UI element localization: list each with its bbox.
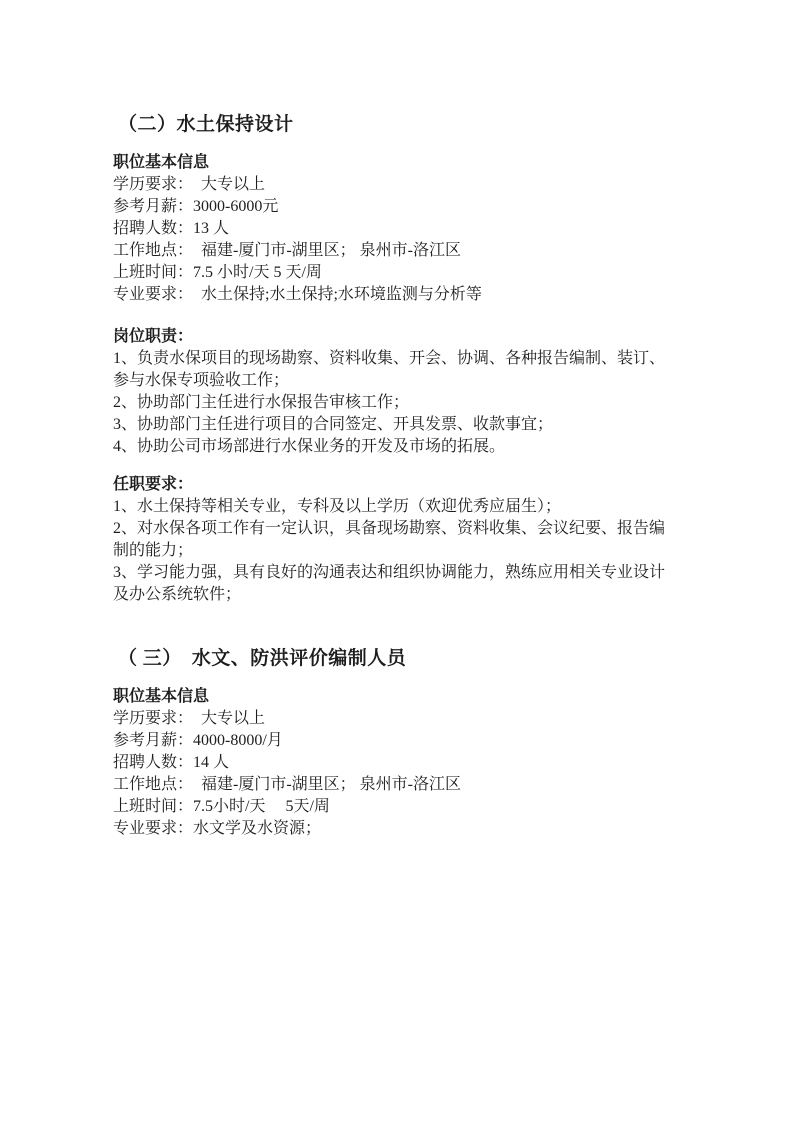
block-title: 岗位职责： — [113, 326, 733, 348]
job-requirements-block: 任职要求： 1、水土保持等相关专业，专科及以上学历（欢迎优秀应届生）； 2、对水… — [113, 474, 733, 606]
job-basic-info-block: 职位基本信息 学历要求： 大专以上 参考月薪：4000-8000/月 招聘人数：… — [113, 686, 733, 840]
text-line: 学历要求： 大专以上 — [113, 708, 733, 730]
block-title: 任职要求： — [113, 474, 733, 496]
block-title: 职位基本信息 — [113, 152, 733, 174]
text-line: 学历要求： 大专以上 — [113, 174, 733, 196]
job-responsibilities-block: 岗位职责： 1、负责水保项目的现场勘察、资料收集、开会、协调、各种报告编制、装订… — [113, 326, 733, 458]
text-line: 及办公系统软件； — [113, 584, 733, 606]
job-basic-info-block: 职位基本信息 学历要求： 大专以上 参考月薪：3000-6000元 招聘人数：1… — [113, 152, 733, 306]
text-line: 2、协助部门主任进行水保报告审核工作； — [113, 392, 733, 414]
text-line: 3、学习能力强，具有良好的沟通表达和组织协调能力，熟练应用相关专业设计 — [113, 562, 733, 584]
document-page: （二）水土保持设计 职位基本信息 学历要求： 大专以上 参考月薪：3000-60… — [0, 0, 793, 1122]
section-heading: （ 三） 水文、防洪评价编制人员 — [118, 646, 733, 672]
text-line: 招聘人数：14 人 — [113, 752, 733, 774]
job-section-3: （ 三） 水文、防洪评价编制人员 职位基本信息 学历要求： 大专以上 参考月薪：… — [113, 646, 733, 840]
text-line: 参考月薪：3000-6000元 — [113, 196, 733, 218]
section-heading: （二）水土保持设计 — [118, 112, 733, 138]
text-line: 专业要求：水文学及水资源； — [113, 818, 733, 840]
block-title: 职位基本信息 — [113, 686, 733, 708]
text-line: 2、对水保各项工作有一定认识，具备现场勘察、资料收集、会议纪要、报告编 — [113, 518, 733, 540]
text-line: 参与水保专项验收工作； — [113, 370, 733, 392]
text-line: 参考月薪：4000-8000/月 — [113, 730, 733, 752]
text-line: 专业要求： 水土保持;水土保持;水环境监测与分析等 — [113, 284, 733, 306]
text-line: 4、协助公司市场部进行水保业务的开发及市场的拓展。 — [113, 436, 733, 458]
text-line: 招聘人数：13 人 — [113, 218, 733, 240]
text-line: 上班时间：7.5小时/天 5天/周 — [113, 796, 733, 818]
text-line: 上班时间：7.5 小时/天 5 天/周 — [113, 262, 733, 284]
job-section-2: （二）水土保持设计 职位基本信息 学历要求： 大专以上 参考月薪：3000-60… — [113, 112, 733, 606]
text-line: 1、水土保持等相关专业，专科及以上学历（欢迎优秀应届生）； — [113, 496, 733, 518]
text-line: 工作地点： 福建-厦门市-湖里区； 泉州市-洛江区 — [113, 240, 733, 262]
text-line: 制的能力； — [113, 540, 733, 562]
text-line: 3、协助部门主任进行项目的合同签定、开具发票、收款事宜； — [113, 414, 733, 436]
text-line: 工作地点： 福建-厦门市-湖里区； 泉州市-洛江区 — [113, 774, 733, 796]
text-line: 1、负责水保项目的现场勘察、资料收集、开会、协调、各种报告编制、装订、 — [113, 348, 733, 370]
